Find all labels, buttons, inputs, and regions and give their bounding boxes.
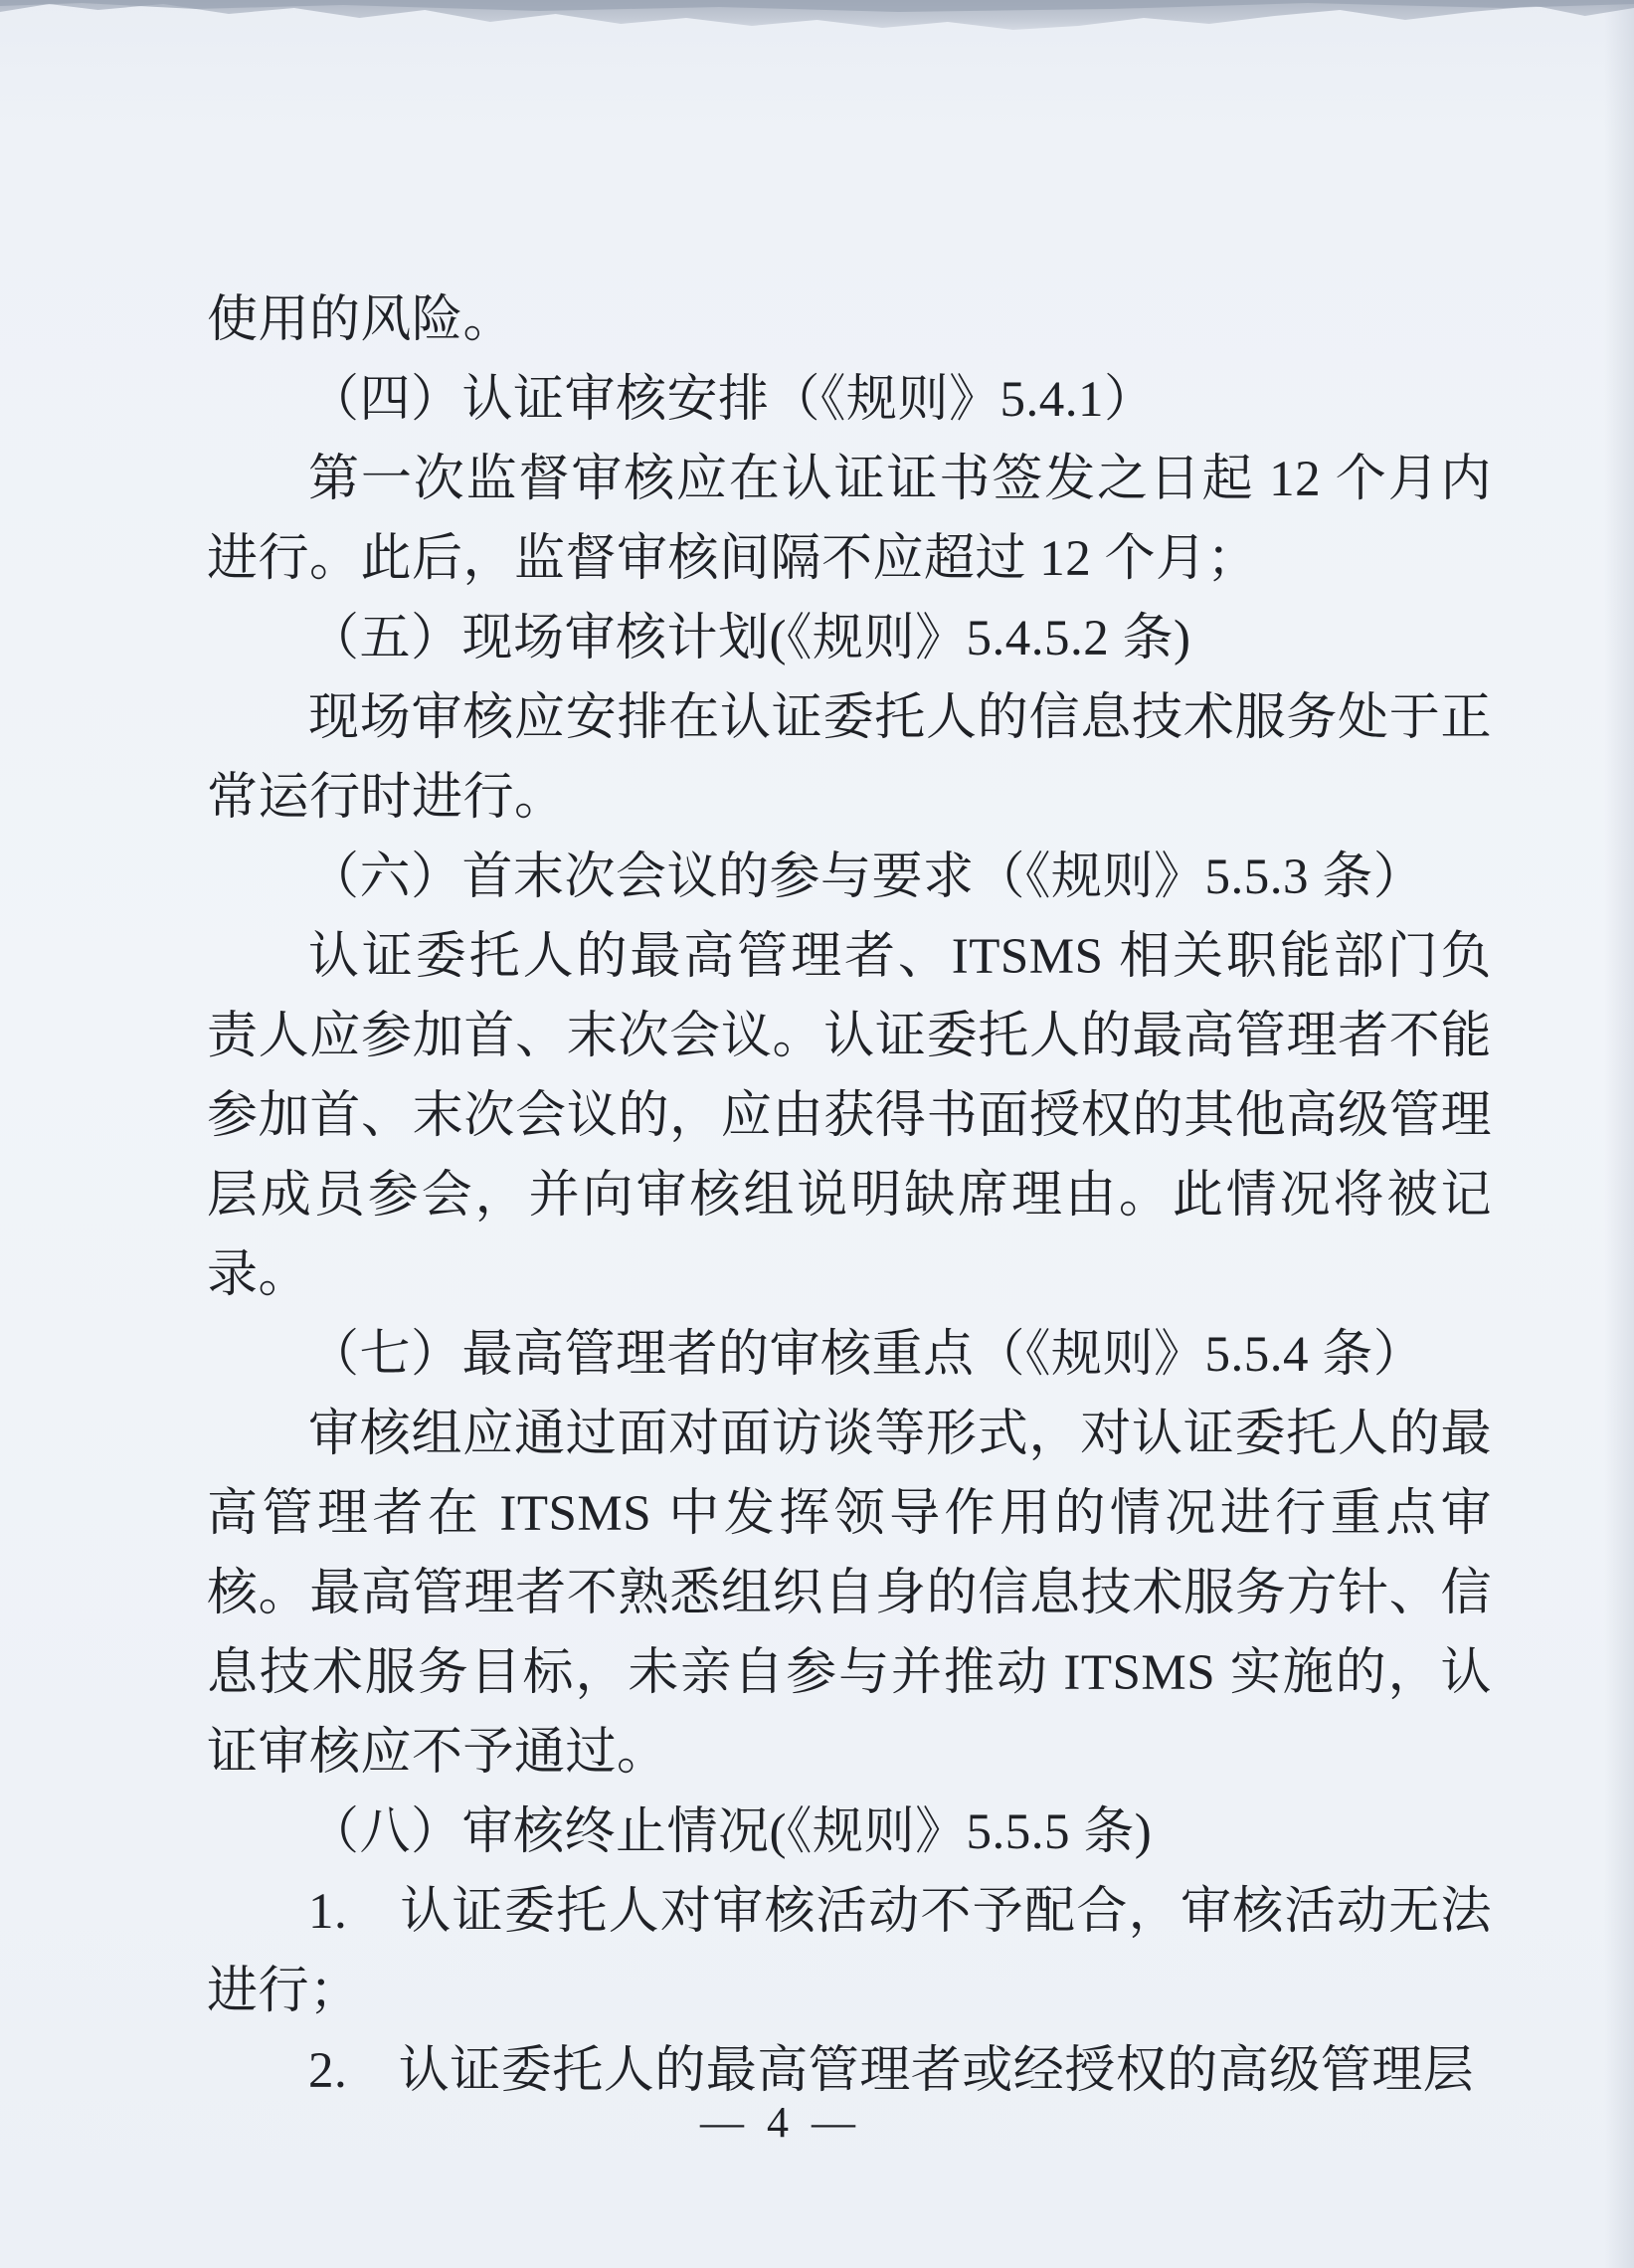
paragraph-meeting-attendance: 认证委托人的最高管理者、ITSMS 相关职能部门负责人应参加首、末次会议。认证委… (207, 917, 1492, 1315)
list-item-1: 1. 认证委托人对审核活动不予配合，审核活动无法进行； (207, 1872, 1492, 2031)
paragraph-continuation: 使用的风险。 (207, 281, 1492, 360)
paragraph-surveillance-audit: 第一次监督审核应在认证证书签发之日起 12 个月内进行。此后，监督审核间隔不应超… (207, 440, 1492, 599)
scanned-document-page: 使用的风险。 （四）认证审核安排（《规则》5.4.1） 第一次监督审核应在认证证… (0, 0, 1634, 2268)
document-body: 使用的风险。 （四）认证审核安排（《规则》5.4.1） 第一次监督审核应在认证证… (207, 281, 1492, 2111)
paragraph-top-management-focus: 审核组应通过面对面访谈等形式，对认证委托人的最高管理者在 ITSMS 中发挥领导… (207, 1395, 1492, 1793)
page-number: — 4 — (0, 2097, 1561, 2148)
section-heading-5: （五）现场审核计划(《规则》5.4.5.2 条) (207, 599, 1492, 678)
section-heading-8: （八）审核终止情况(《规则》5.5.5 条) (207, 1793, 1492, 1872)
section-heading-7: （七）最高管理者的审核重点（《规则》5.5.4 条） (207, 1315, 1492, 1395)
scan-artifact-right-shadow (1604, 0, 1634, 2268)
section-heading-6: （六）首末次会议的参与要求（《规则》5.5.3 条） (207, 838, 1492, 917)
paragraph-onsite-audit-plan: 现场审核应安排在认证委托人的信息技术服务处于正常运行时进行。 (207, 678, 1492, 838)
section-heading-4: （四）认证审核安排（《规则》5.4.1） (207, 360, 1492, 440)
